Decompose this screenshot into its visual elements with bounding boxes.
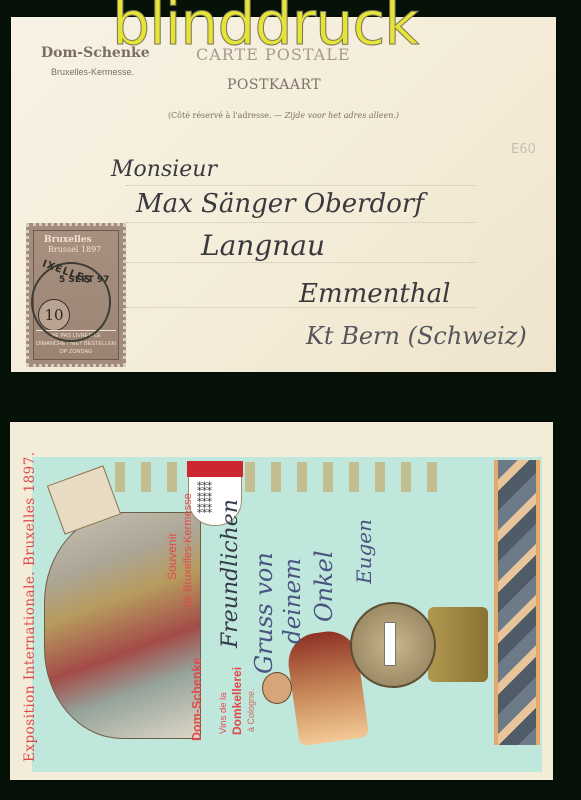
crowns-band — [187, 461, 243, 477]
vins-de-la-text: Vins de la — [218, 692, 229, 734]
domkellerei-text: Domkellerei — [230, 667, 244, 735]
address-recipient: Max Sänger Oberdorf — [136, 189, 424, 219]
address-note-nl: Zijde voor het adres alleen.) — [285, 111, 399, 120]
flames-pattern: ⁑⁑⁑⁑⁑⁑⁑⁑⁑ — [197, 483, 212, 516]
postcard-address-side: Dom-Schenke Bruxelles-Kermesse. CARTE PO… — [11, 17, 556, 372]
address-note: (Côté réservé à l'adresse. — Zijde voor … — [11, 111, 556, 120]
pencil-price-note: E60 — [511, 142, 536, 157]
grapevine-ornament — [115, 462, 445, 492]
stamp-city-year: Brussel 1897 — [48, 245, 101, 254]
dom-schenke-text: Dom-Schenke — [190, 658, 204, 741]
postmark-date: 5 SEPT 97 — [59, 275, 109, 285]
address-region: Emmenthal — [299, 279, 450, 309]
kermesse-text: de Bruxelles-Kermesse — [182, 493, 194, 607]
publisher-subtitle: Bruxelles-Kermesse. — [51, 67, 134, 77]
stamp-city: Bruxelles — [44, 235, 92, 245]
address-line-rule — [126, 222, 476, 223]
barrel-label — [384, 622, 396, 666]
address-canton: Kt Bern (Schweiz) — [306, 322, 527, 350]
address-town: Langnau — [201, 229, 325, 262]
message-signature: Eugen — [352, 519, 376, 584]
message-line-1: Freundlichen — [218, 499, 243, 648]
exposition-title: Exposition Internationale. Bruxelles 189… — [22, 451, 38, 762]
watermark: blinddruck — [112, 0, 418, 54]
wine-barrel — [350, 602, 436, 688]
postcard-picture-side: ⁑⁑⁑⁑⁑⁑⁑⁑⁑ Exposition Internationale. Bru… — [10, 422, 553, 780]
souvenir-text: Souvenir — [165, 533, 179, 580]
postkaart-header: POSTKAART — [227, 77, 321, 93]
message-line-2: Gruss von — [250, 552, 278, 674]
address-salutation: Monsieur — [111, 157, 217, 182]
barrel-stand — [428, 607, 488, 682]
decorative-pillar — [494, 460, 540, 745]
cellar-master-head — [262, 672, 292, 704]
cologne-text: à Cologne. — [246, 688, 256, 732]
message-line-4: Onkel — [310, 550, 338, 622]
address-line-rule — [126, 185, 476, 186]
address-note-fr: (Côté réservé à l'adresse. — — [168, 111, 282, 120]
address-line-rule — [126, 262, 476, 263]
message-line-3: deinem — [280, 558, 306, 644]
